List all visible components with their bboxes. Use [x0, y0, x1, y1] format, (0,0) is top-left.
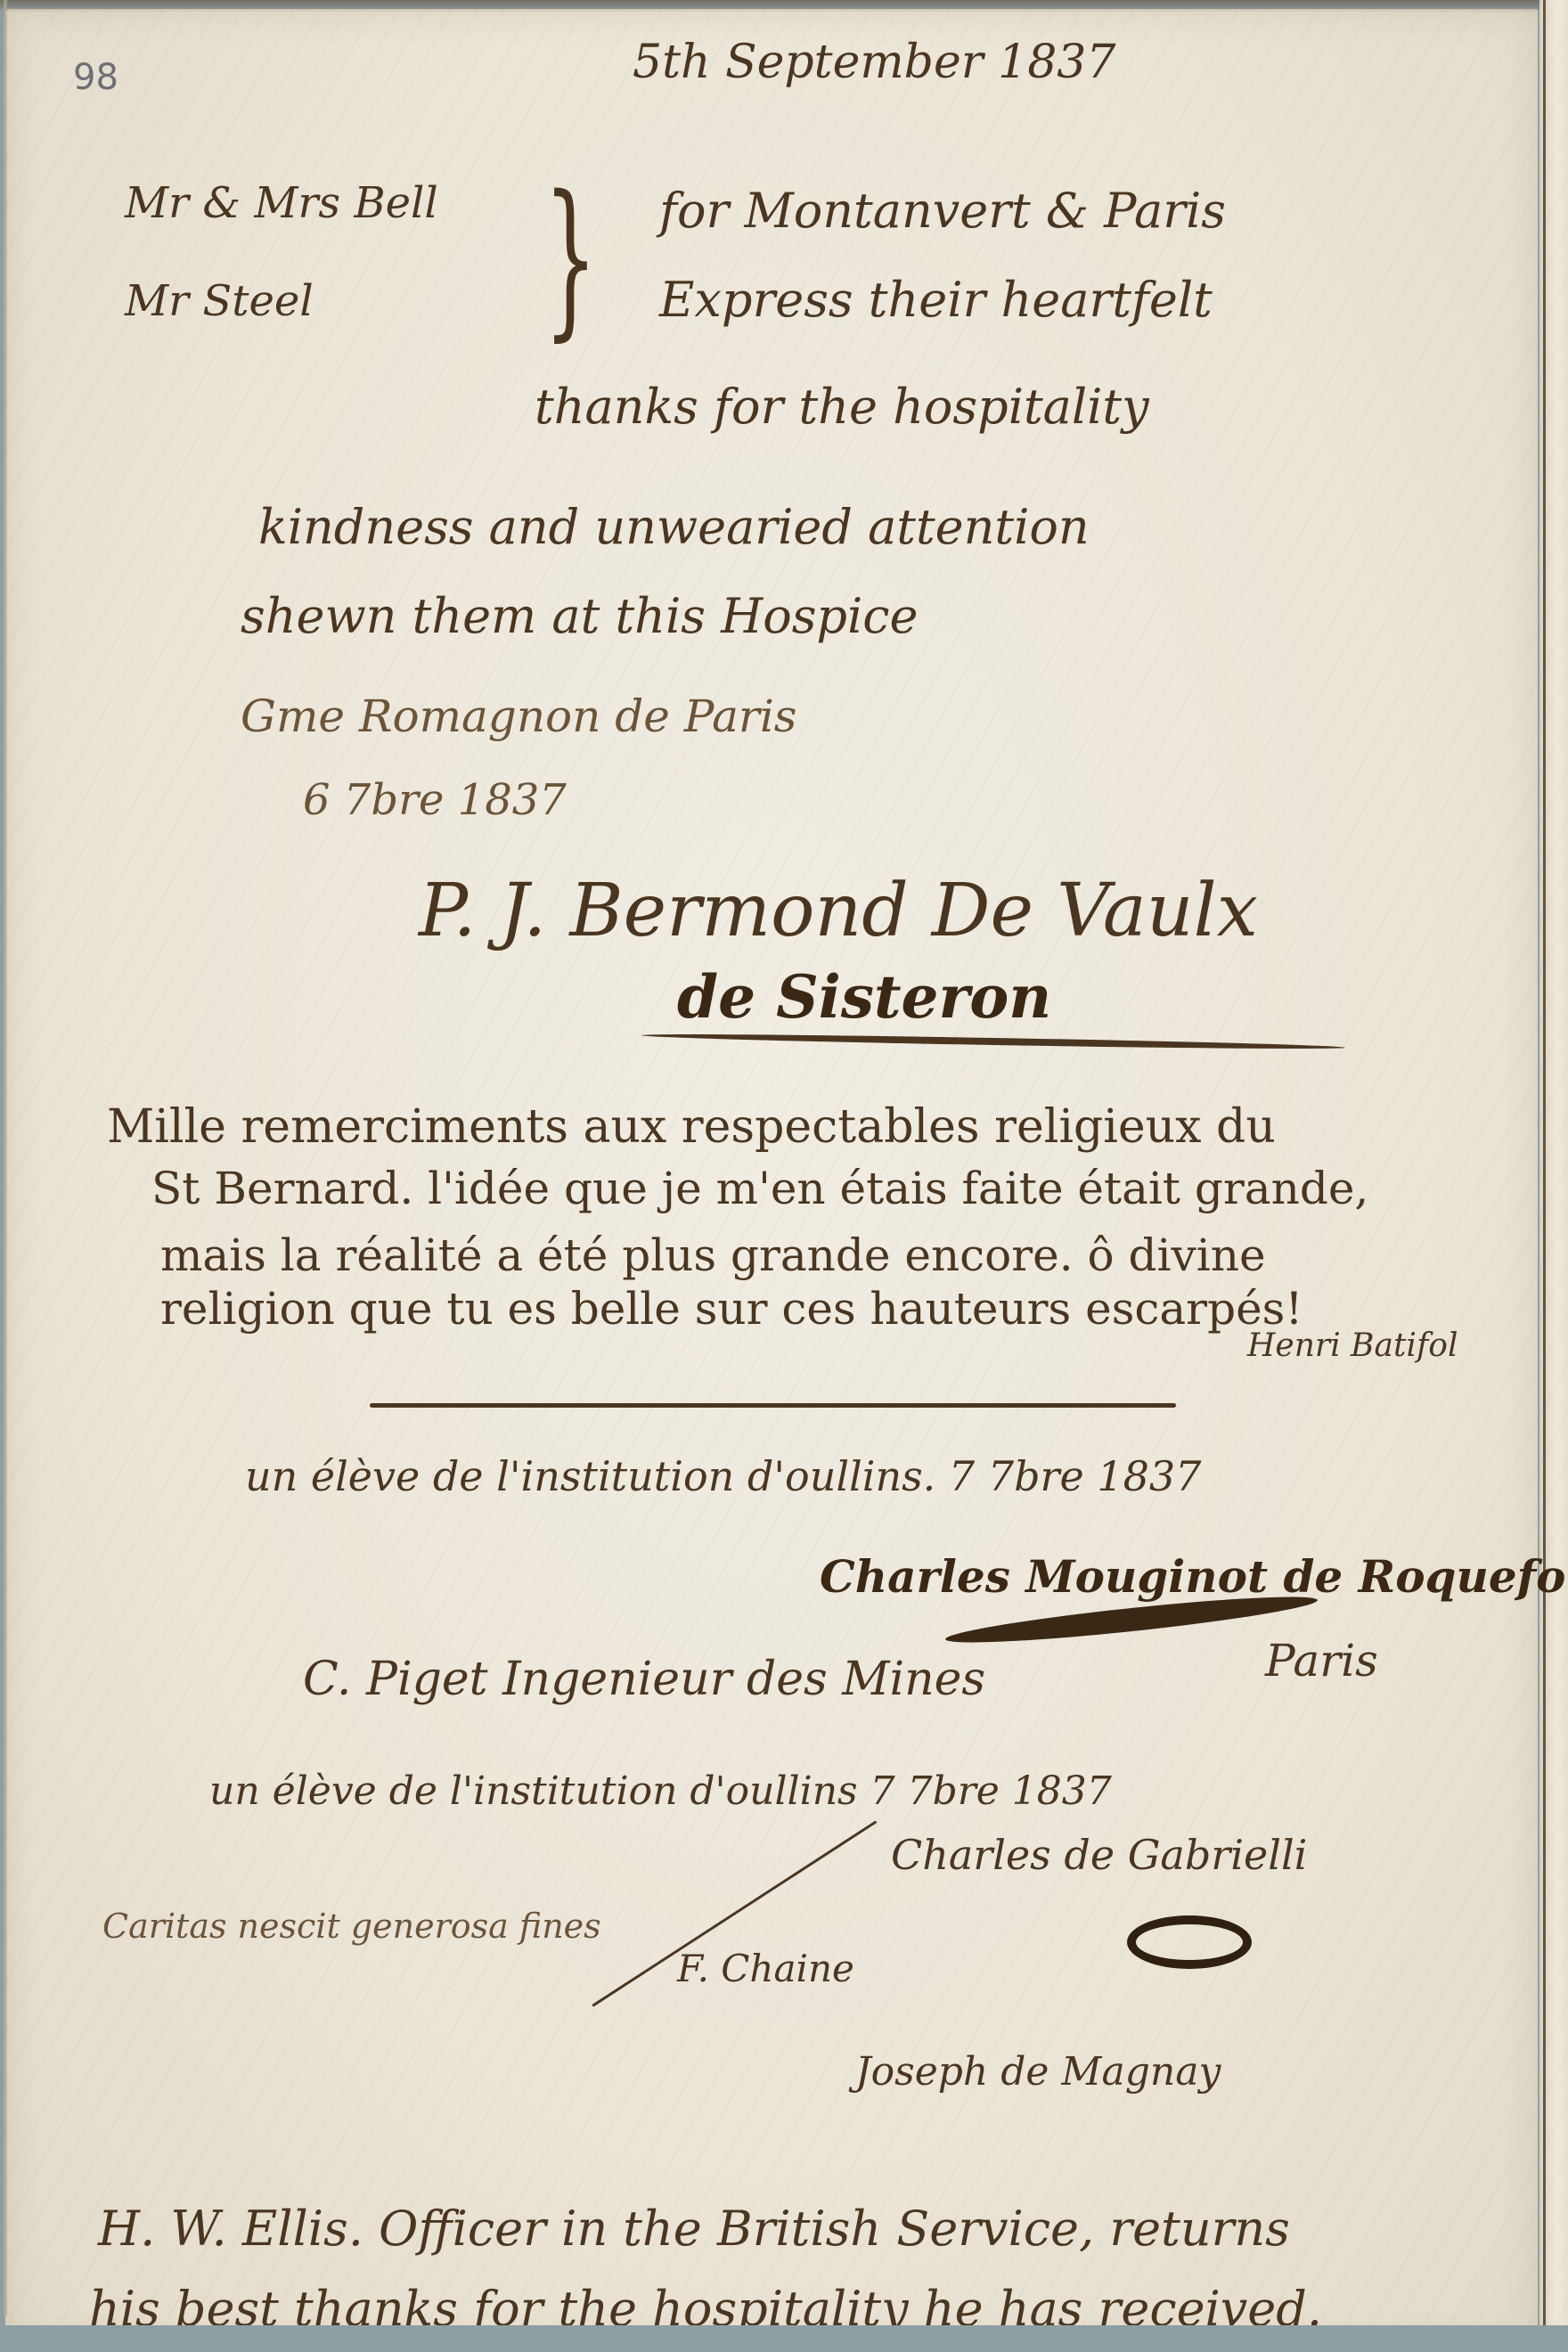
signature-flourish [1127, 1915, 1252, 1969]
motto: Caritas nescit generosa fines [102, 1907, 601, 1946]
entry-line: shewn them at this Hospice [241, 588, 918, 644]
grouping-brace: } [543, 174, 597, 343]
signature: Charles de Gabrielli [891, 1831, 1307, 1879]
signature: P. J. Bermond De Vaulx [419, 869, 1258, 953]
entry-place: Paris [1265, 1635, 1378, 1686]
page-left-edge [4, 0, 7, 2316]
page-top-edge [0, 0, 1550, 12]
entry-line: un élève de l'institution d'oullins 7 7b… [209, 1768, 1112, 1814]
page-number: 98 [73, 57, 118, 98]
background-below-page [0, 2325, 1568, 2352]
entry-line: un élève de l'institution d'oullins. 7 7… [245, 1452, 1201, 1500]
signature: Charles Mouginot de Roquefort [820, 1550, 1568, 1603]
gutter-line [1543, 0, 1546, 2352]
signature: F. Chaine [677, 1947, 854, 1990]
entry-line: mais la réalité a été plus grande encore… [160, 1229, 1266, 1281]
entry-line: Gme Romagnon de Paris [241, 690, 796, 742]
entry-line: H. W. Ellis. Officer in the British Serv… [98, 2201, 1290, 2257]
entry-line: C. Piget Ingenieur des Mines [303, 1653, 985, 1706]
signature: Joseph de Magnay [855, 2049, 1221, 2095]
entry-date: 6 7bre 1837 [303, 775, 567, 825]
visitor-name: Mr Steel [125, 276, 314, 326]
entry-line: kindness and unwearied attention [258, 499, 1090, 555]
entry-date: 5th September 1837 [633, 36, 1115, 89]
signature: Henri Batifol [1247, 1327, 1458, 1364]
visitor-name: Mr & Mrs Bell [125, 178, 438, 228]
entry-line: St Bernard. l'idée que je m'en étais fai… [151, 1163, 1368, 1214]
entry-line: for Montanvert & Paris [659, 183, 1226, 239]
entry-line: religion que tu es belle sur ces hauteur… [160, 1283, 1303, 1335]
entry-line: Mille remerciments aux respectables reli… [107, 1100, 1276, 1154]
signature-place: de Sisteron [677, 962, 1051, 1032]
section-divider [370, 1403, 1176, 1408]
entry-line: Express their heartfelt [659, 272, 1213, 328]
entry-line: thanks for the hospitality [535, 379, 1149, 435]
